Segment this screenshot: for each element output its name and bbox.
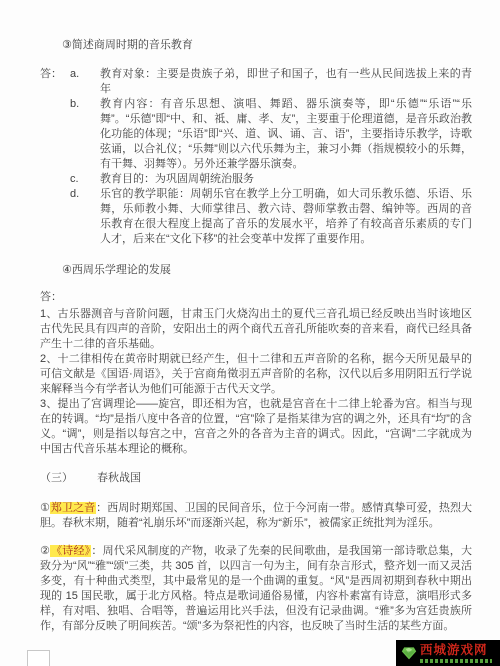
highlighted-term: 《诗经》 xyxy=(50,545,91,557)
answer-label: 答： xyxy=(40,67,70,247)
document-page: ③简述商周时期的音乐教育 答： a. 教育对象：主要是贵族子弟，即世子和国子，也… xyxy=(0,0,500,666)
question-3-heading: ③简述商周时期的音乐教育 xyxy=(62,38,472,53)
site-watermark: 西城游戏网 xyxy=(396,640,500,666)
entry-shijing: ②《诗经》：周代采风制度的产物，收录了先秦的民间歌曲，是我国第一部诗歌总集，大致… xyxy=(40,544,472,634)
highlighted-term: 郑卫之音 xyxy=(50,502,96,514)
list-item-marker: a. xyxy=(70,67,85,97)
watermark-tagline xyxy=(420,659,492,663)
entry-number: ② xyxy=(40,545,50,557)
list-item-marker: c. xyxy=(70,172,85,187)
question-3-answer: 答： a. 教育对象：主要是贵族子弟，即世子和国子，也有一些从民间选拔上来的青年… xyxy=(40,67,472,247)
answer-label: 答： xyxy=(40,290,472,305)
list-item-text: 教育对象：主要是贵族子弟，即世子和国子，也有一些从民间选拔上来的青年 xyxy=(100,67,472,97)
section-3-heading: （三）春秋战国 xyxy=(40,471,472,486)
site-name: 西城游戏网 xyxy=(420,644,492,657)
entry-zhengwei: ①郑卫之音：西周时期郑国、卫国的民间音乐，位于今河南一带。感情真挚可爱，热烈大胆… xyxy=(40,501,472,531)
page-edge-box xyxy=(27,650,50,666)
list-item-marker: d. xyxy=(70,187,85,247)
paragraph: 1、古乐器测音与音阶问题，甘肃玉门火烧沟出土的夏代三音孔埙已经反映出当时该地区古… xyxy=(40,307,472,352)
answer-list: a. 教育对象：主要是贵族子弟，即世子和国子，也有一些从民间选拔上来的青年 b.… xyxy=(70,67,472,247)
paragraph: 3、提出了宫调理论——旋宫，即还相为宫，也就是宫音在十二律上轮番为宫。相当与现在… xyxy=(40,397,472,457)
list-item: d. 乐官的教学职能：周朝乐官在教学上分工明确，如大司乐教乐德、乐语、乐舞，乐师… xyxy=(70,187,472,247)
list-item-text: 教育内容：有音乐思想、演唱、舞蹈、器乐演奏等，即“乐德”“乐语”“乐舞”。“乐德… xyxy=(100,97,472,172)
list-item-text: 乐官的教学职能：周朝乐官在教学上分工明确，如大司乐教乐德、乐语、乐舞，乐师教小舞… xyxy=(100,187,472,247)
list-item: b. 教育内容：有音乐思想、演唱、舞蹈、器乐演奏等，即“乐德”“乐语”“乐舞”。… xyxy=(70,97,472,172)
watermark-text-block: 西城游戏网 xyxy=(420,644,492,663)
question-4-heading: ④西周乐学理论的发展 xyxy=(62,263,472,278)
section-number: （三） xyxy=(40,472,73,484)
gem-icon xyxy=(401,645,417,661)
entry-text: ：西周时期郑国、卫国的民间音乐，位于今河南一带。感情真挚可爱，热烈大胆。春秋末期… xyxy=(40,502,472,529)
entry-number: ① xyxy=(40,502,50,514)
list-item: c. 教育目的：为巩固周朝统治服务 xyxy=(70,172,472,187)
paragraph: 2、十二律相传在黄帝时期就已经产生，但十二律和五声音阶的名称，据今天所见最早的可… xyxy=(40,352,472,397)
list-item-marker: b. xyxy=(70,97,85,172)
section-title: 春秋战国 xyxy=(97,472,141,484)
list-item-text: 教育目的：为巩固周朝统治服务 xyxy=(100,172,472,187)
list-item: a. 教育对象：主要是贵族子弟，即世子和国子，也有一些从民间选拔上来的青年 xyxy=(70,67,472,97)
entry-text: ：周代采风制度的产物，收录了先秦的民间歌曲，是我国第一部诗歌总集，大致分为“风”… xyxy=(40,545,472,632)
